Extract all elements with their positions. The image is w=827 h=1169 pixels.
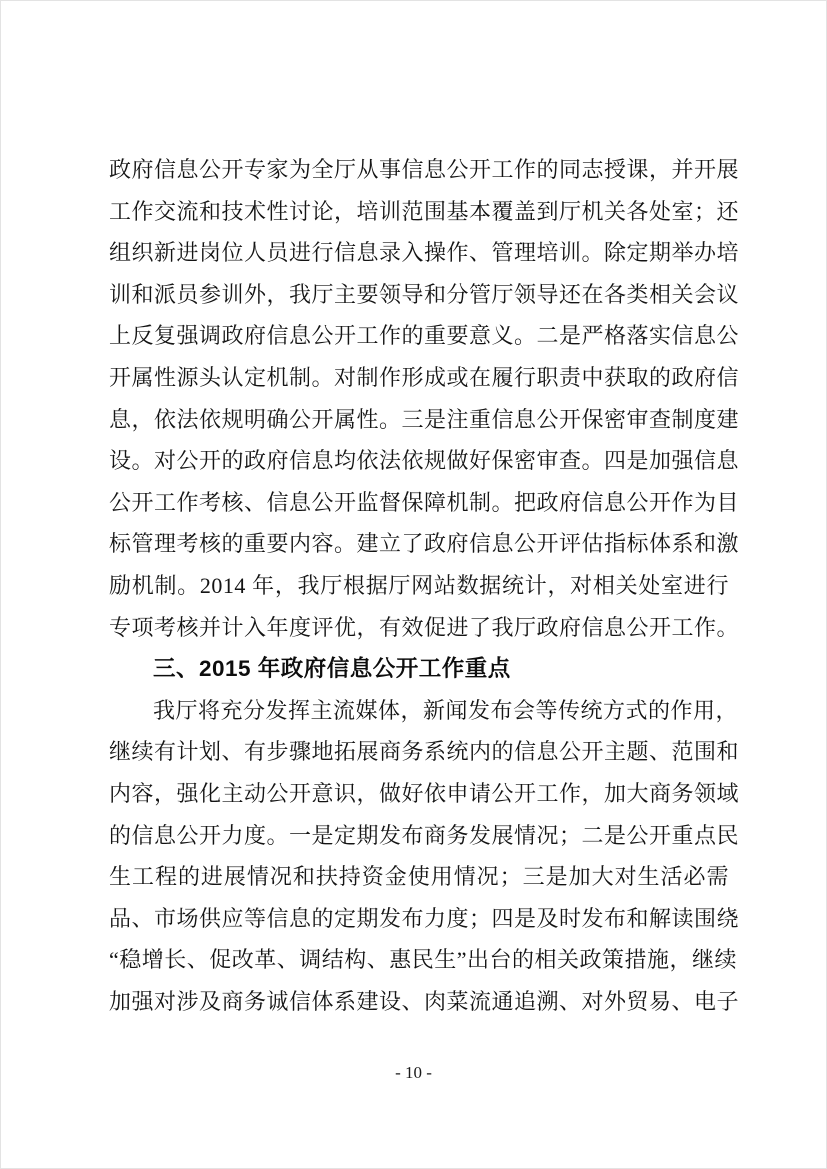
document-body: 政府信息公开专家为全厅从事信息公开工作的同志授课，并开展 工作交流和技术性讨论，…: [109, 149, 729, 1022]
body-line: 设。对公开的政府信息均依法依规做好保密审查。四是加强信息: [109, 440, 729, 482]
document-page: 政府信息公开专家为全厅从事信息公开工作的同志授课，并开展 工作交流和技术性讨论，…: [0, 0, 827, 1169]
section-heading: 三、2015 年政府信息公开工作重点: [109, 648, 729, 690]
body-line: 加强对涉及商务诚信体系建设、肉菜流通追溯、对外贸易、电子: [109, 981, 729, 1023]
body-line: 训和派员参训外，我厅主要领导和分管厅领导还在各类相关会议: [109, 274, 729, 316]
body-line: 品、市场供应等信息的定期发布力度；四是及时发布和解读围绕: [109, 898, 729, 940]
body-line: 生工程的进展情况和扶持资金使用情况；三是加大对生活必需: [109, 856, 729, 898]
body-line: 息，依法依规明确公开属性。三是注重信息公开保密审查制度建: [109, 399, 729, 441]
body-line: 内容，强化主动公开意识，做好依申请公开工作，加大商务领域: [109, 773, 729, 815]
body-line: 的信息公开力度。一是定期发布商务发展情况；二是公开重点民: [109, 815, 729, 857]
body-line: 专项考核并计入年度评优，有效促进了我厅政府信息公开工作。: [109, 607, 729, 649]
body-line: 开属性源头认定机制。对制作形成或在履行职责中获取的政府信: [109, 357, 729, 399]
body-line: 上反复强调政府信息公开工作的重要意义。二是严格落实信息公: [109, 315, 729, 357]
body-line: 我厅将充分发挥主流媒体，新闻发布会等传统方式的作用，: [109, 690, 729, 732]
body-line: 工作交流和技术性讨论，培训范围基本覆盖到厅机关各处室；还: [109, 191, 729, 233]
page-number: - 10 -: [1, 1063, 826, 1083]
body-line: 励机制。2014 年，我厅根据厅网站数据统计，对相关处室进行: [109, 565, 729, 607]
body-line: 组织新进岗位人员进行信息录入操作、管理培训。除定期举办培: [109, 232, 729, 274]
body-line: 继续有计划、有步骤地拓展商务系统内的信息公开主题、范围和: [109, 731, 729, 773]
body-line: 公开工作考核、信息公开监督保障机制。把政府信息公开作为目: [109, 482, 729, 524]
body-line: “稳增长、促改革、调结构、惠民生”出台的相关政策措施，继续: [109, 939, 729, 981]
body-line: 标管理考核的重要内容。建立了政府信息公开评估指标体系和激: [109, 523, 729, 565]
body-line: 政府信息公开专家为全厅从事信息公开工作的同志授课，并开展: [109, 149, 729, 191]
